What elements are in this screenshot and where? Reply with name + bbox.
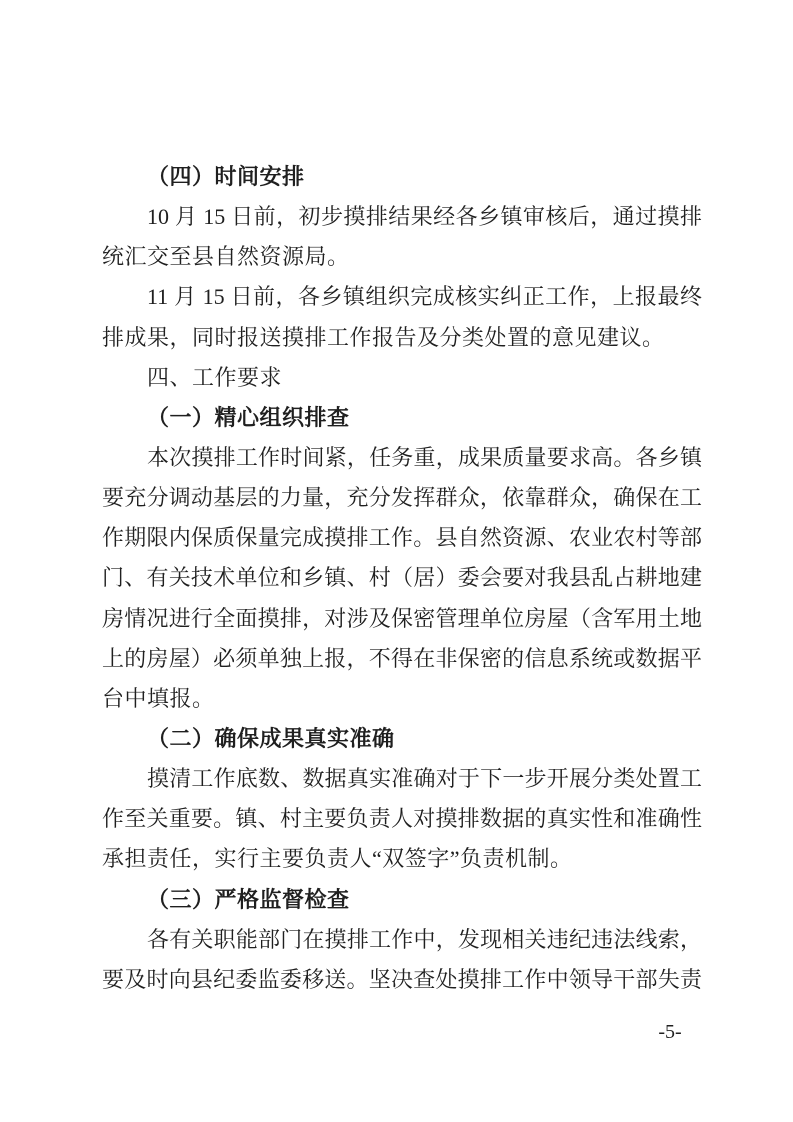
heading-strict-supervision: （三）严格监督检查 — [102, 880, 702, 920]
heading-careful-organization: （一）精心组织排查 — [102, 398, 702, 438]
heading-time-arrangement: （四）时间安排 — [102, 157, 702, 197]
paragraph-line: 本次摸排工作时间紧，任务重，成果质量要求高。各乡镇 — [102, 438, 702, 478]
paragraph-line: 上的房屋）必须单独上报，不得在非保密的信息系统或数据平 — [102, 639, 702, 679]
page-number: -5- — [638, 1020, 702, 1044]
paragraph-line: 统汇交至县自然资源局。 — [102, 237, 702, 277]
paragraph-line: 排成果，同时报送摸排工作报告及分类处置的意见建议。 — [102, 318, 702, 358]
heading-work-requirements: 四、工作要求 — [102, 358, 702, 398]
document-body: （四）时间安排 10 月 15 日前，初步摸排结果经各乡镇审核后，通过摸排系 统… — [102, 157, 702, 1000]
paragraph-line: 房情况进行全面摸排，对涉及保密管理单位房屋（含军用土地 — [102, 599, 702, 639]
heading-ensure-accuracy: （二）确保成果真实准确 — [102, 719, 702, 759]
paragraph-line: 10 月 15 日前，初步摸排结果经各乡镇审核后，通过摸排系 — [102, 197, 702, 237]
paragraph-line: 作至关重要。镇、村主要负责人对摸排数据的真实性和准确性 — [102, 799, 702, 839]
paragraph-line: 摸清工作底数、数据真实准确对于下一步开展分类处置工 — [102, 759, 702, 799]
paragraph-line: 要充分调动基层的力量，充分发挥群众，依靠群众，确保在工 — [102, 478, 702, 518]
document-page: （四）时间安排 10 月 15 日前，初步摸排结果经各乡镇审核后，通过摸排系 统… — [0, 0, 793, 1122]
paragraph-line: 门、有关技术单位和乡镇、村（居）委会要对我县乱占耕地建 — [102, 558, 702, 598]
paragraph-line: 承担责任，实行主要负责人“双签字”负责机制。 — [102, 839, 702, 879]
paragraph-line: 要及时向县纪委监委移送。坚决查处摸排工作中领导干部失责 — [102, 960, 702, 1000]
paragraph-line: 台中填报。 — [102, 679, 702, 719]
paragraph-line: 各有关职能部门在摸排工作中，发现相关违纪违法线索， — [102, 920, 702, 960]
paragraph-line: 11 月 15 日前，各乡镇组织完成核实纠正工作，上报最终摸 — [102, 277, 702, 317]
paragraph-line: 作期限内保质保量完成摸排工作。县自然资源、农业农村等部 — [102, 518, 702, 558]
